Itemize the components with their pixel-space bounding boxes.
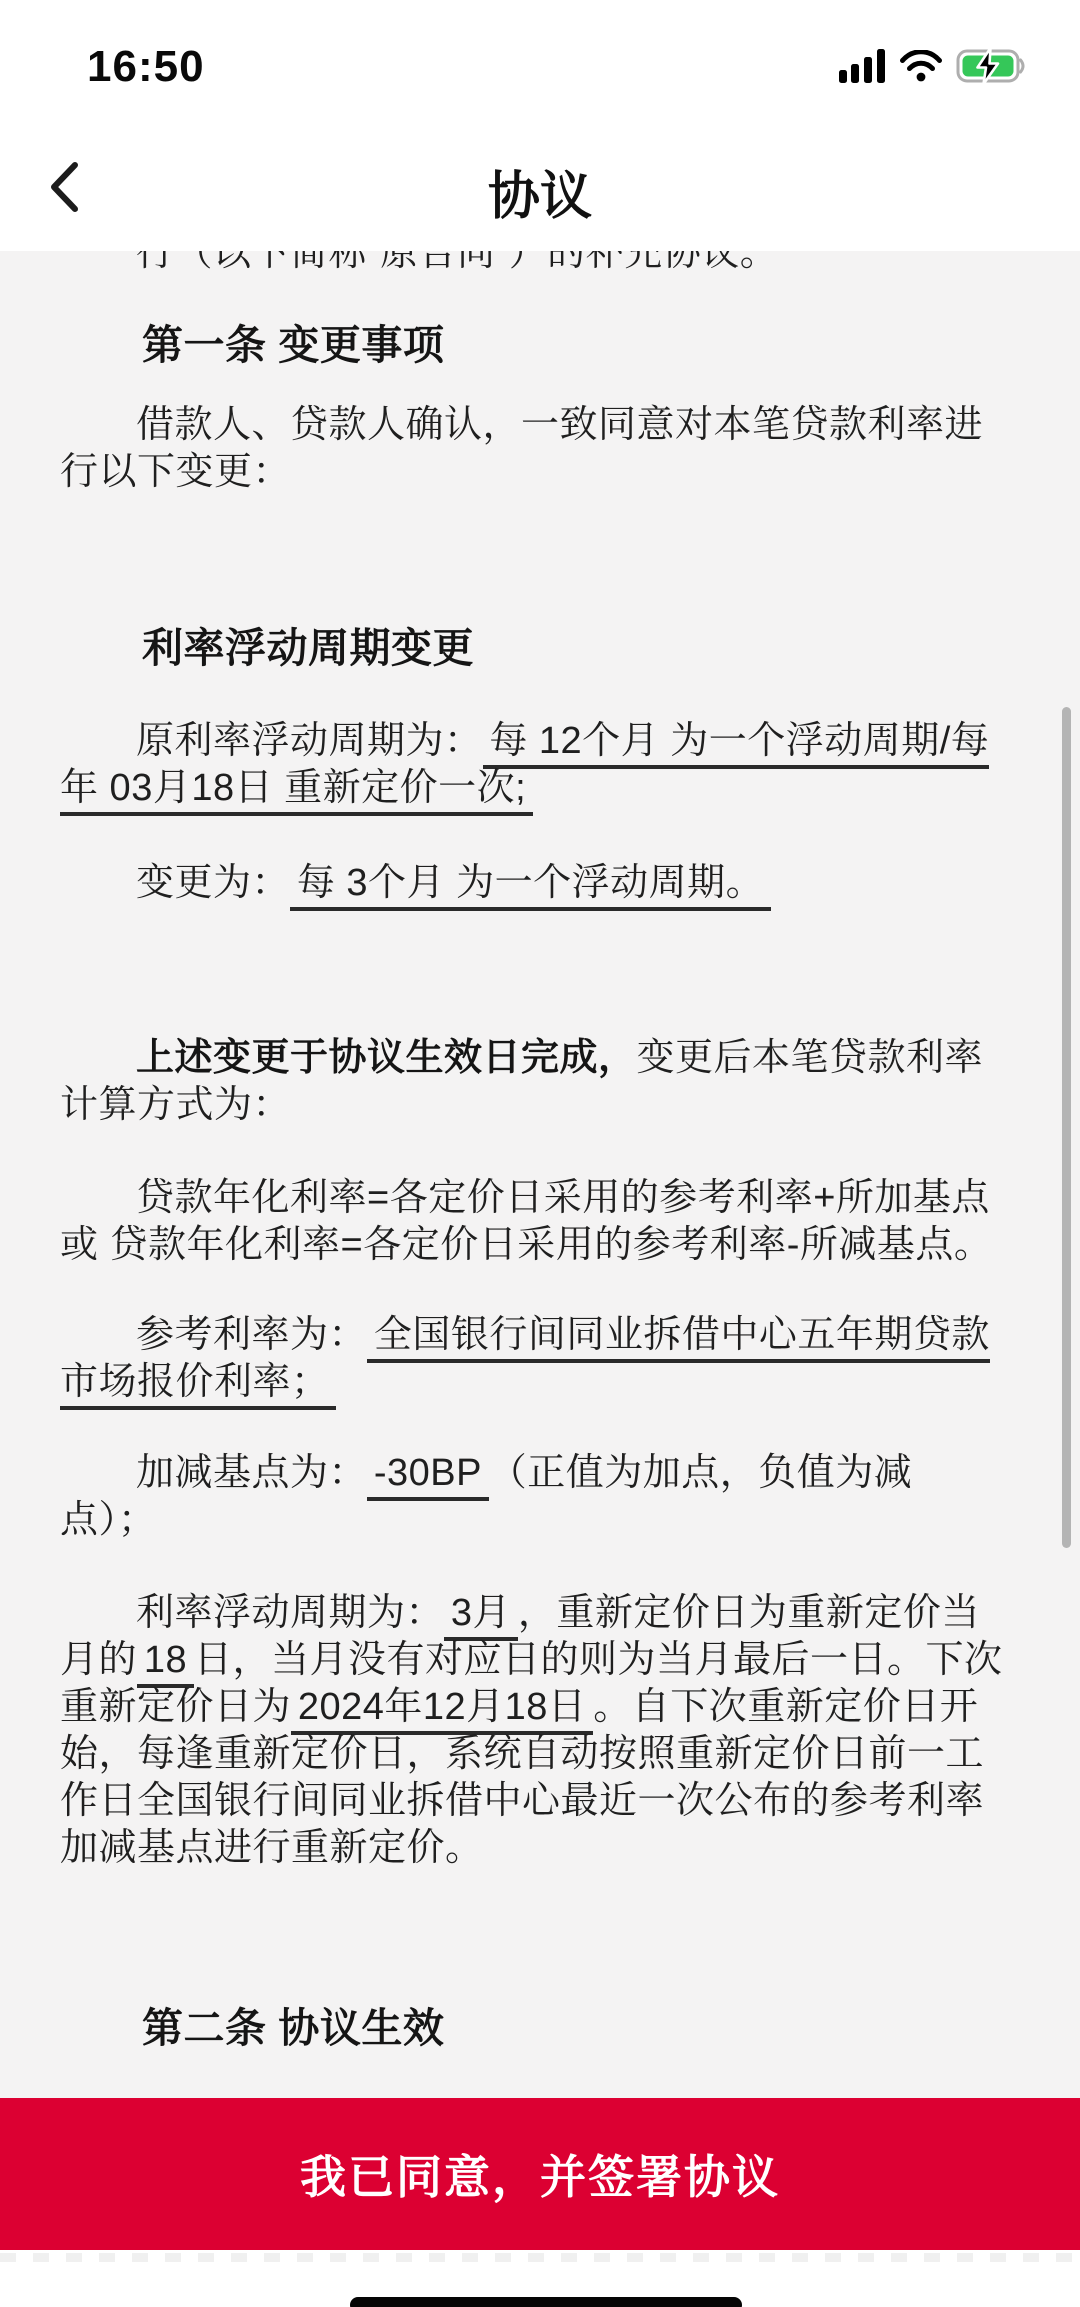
home-indicator[interactable] bbox=[350, 2297, 742, 2307]
repricing-label: 利率浮动周期为： bbox=[136, 1592, 444, 1634]
repricing-paragraph: 利率浮动周期为：3月，重新定价日为重新定价当月的18日，当月没有对应日的则为当月… bbox=[60, 1590, 1008, 1872]
repricing-day-value: 18 bbox=[137, 1639, 194, 1688]
cellular-signal-icon bbox=[839, 49, 886, 83]
status-bar: 16:50 bbox=[0, 0, 1080, 100]
status-time: 16:50 bbox=[87, 42, 205, 92]
rate-formula-paragraph: 贷款年化利率=各定价日采用的参考利率+所加基点 或 贷款年化利率=各定价日采用的… bbox=[60, 1175, 1008, 1269]
confirmation-paragraph: 借款人、贷款人确认，一致同意对本笔贷款利率进行以下变更： bbox=[60, 402, 1008, 496]
changed-cycle-value: 每 3个月 为一个浮动周期。 bbox=[290, 862, 771, 911]
reference-rate-label: 参考利率为： bbox=[136, 1314, 367, 1356]
changed-cycle-paragraph: 变更为：每 3个月 为一个浮动周期。 bbox=[60, 860, 1008, 907]
basis-points-paragraph: 加减基点为：-30BP（正值为加点，负值为减点）； bbox=[60, 1450, 1008, 1544]
repricing-next-date-value: 2024年12月18日 bbox=[291, 1686, 593, 1735]
confirmation-text: 借款人、贷款人确认，一致同意对本笔贷款利率进行以下变更： bbox=[60, 404, 983, 493]
nav-bar: 协议 bbox=[0, 100, 1080, 251]
clipped-paragraph-text: 行（以下简称“原合同”）的补充协议。 bbox=[136, 251, 778, 274]
agree-and-sign-button[interactable]: 我已同意，并签署协议 bbox=[0, 2098, 1080, 2250]
original-cycle-label: 原利率浮动周期为： bbox=[136, 720, 483, 762]
repricing-cycle-value: 3月 bbox=[444, 1592, 518, 1641]
rate-cycle-change-heading: 利率浮动周期变更 bbox=[142, 625, 1008, 672]
agreement-document[interactable]: 行（以下简称“原合同”）的补充协议。 第一条 变更事项 借款人、贷款人确认，一致… bbox=[0, 251, 1080, 2098]
changed-cycle-label: 变更为： bbox=[136, 862, 290, 904]
rate-formula-text: 贷款年化利率=各定价日采用的参考利率+所加基点 或 贷款年化利率=各定价日采用的… bbox=[60, 1177, 992, 1266]
effective-date-bold-text: 上述变更于协议生效日完成， bbox=[136, 1037, 637, 1079]
effective-date-paragraph: 上述变更于协议生效日完成，变更后本笔贷款利率计算方式为： bbox=[60, 1035, 1008, 1129]
original-cycle-paragraph: 原利率浮动周期为：每 12个月 为一个浮动周期/每年 03月18日 重新定价一次… bbox=[60, 718, 1008, 812]
wifi-icon bbox=[900, 50, 942, 82]
app-screen: 16:50 bbox=[0, 0, 1080, 2307]
clause-2-heading: 第二条 协议生效 bbox=[142, 2005, 1008, 2052]
basis-points-value: -30BP bbox=[367, 1452, 489, 1501]
status-icons bbox=[839, 48, 1026, 84]
clause-1-heading: 第一条 变更事项 bbox=[142, 322, 1008, 369]
basis-points-label: 加减基点为： bbox=[136, 1452, 367, 1494]
battery-charging-icon bbox=[956, 48, 1026, 84]
page-title: 协议 bbox=[0, 154, 1080, 229]
scrollbar-thumb[interactable] bbox=[1062, 707, 1071, 1548]
watermark-row bbox=[0, 2253, 1080, 2262]
clipped-paragraph: 行（以下简称“原合同”）的补充协议。 bbox=[60, 251, 1008, 277]
reference-rate-paragraph: 参考利率为：全国银行间同业拆借中心五年期贷款市场报价利率； bbox=[60, 1312, 1008, 1406]
